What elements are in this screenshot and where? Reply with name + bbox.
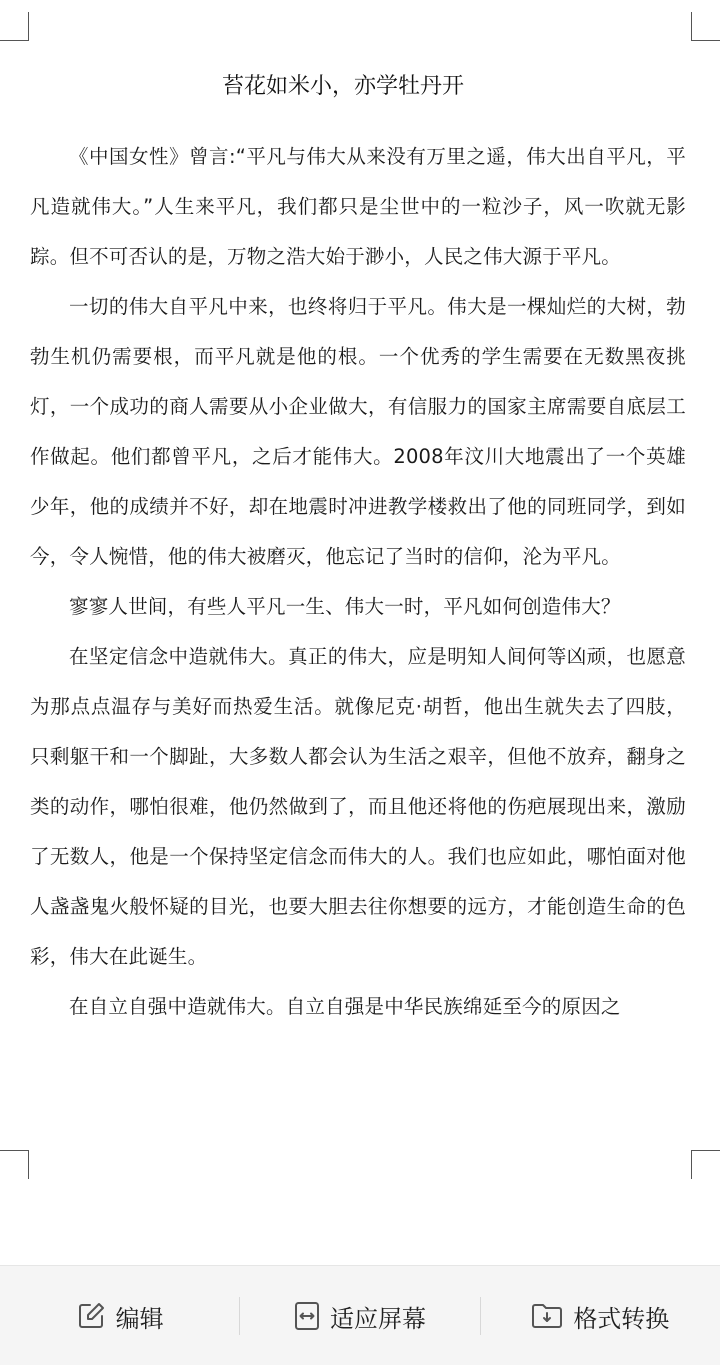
fit-screen-label: 适应屏幕 <box>330 1299 426 1334</box>
crop-mark-bottom-right <box>691 1150 720 1179</box>
document-title: 苔花如米小，亦学牡丹开 <box>0 70 686 104</box>
document-body: 《中国女性》曾言:“平凡与伟大从来没有万里之遥，伟大出自平凡，平凡造就伟大。”人… <box>30 132 686 1032</box>
crop-mark-top-left <box>0 12 29 41</box>
edit-icon <box>76 1301 106 1331</box>
crop-mark-top-right <box>691 12 720 41</box>
edit-label: 编辑 <box>116 1299 164 1334</box>
format-convert-label: 格式转换 <box>573 1299 669 1334</box>
fit-screen-icon <box>294 1301 320 1331</box>
format-convert-icon <box>531 1302 563 1330</box>
paragraph: 《中国女性》曾言:“平凡与伟大从来没有万里之遥，伟大出自平凡，平凡造就伟大。”人… <box>30 132 686 282</box>
paragraph: 寥寥人世间，有些人平凡一生、伟大一时，平凡如何创造伟大？ <box>30 582 686 632</box>
paragraph: 在自立自强中造就伟大。自立自强是中华民族绵延至今的原因之 <box>30 982 686 1032</box>
format-convert-button[interactable]: 格式转换 <box>481 1266 720 1365</box>
edit-button[interactable]: 编辑 <box>0 1266 239 1365</box>
fit-screen-button[interactable]: 适应屏幕 <box>240 1266 479 1365</box>
paragraph: 在坚定信念中造就伟大。真正的伟大，应是明知人间何等凶顽，也愿意为那点点温存与美好… <box>30 632 686 982</box>
crop-mark-bottom-left <box>0 1150 29 1179</box>
document-page[interactable]: 苔花如米小，亦学牡丹开 《中国女性》曾言:“平凡与伟大从来没有万里之遥，伟大出自… <box>0 0 720 1265</box>
paragraph: 一切的伟大自平凡中来，也终将归于平凡。伟大是一棵灿烂的大树，勃勃生机仍需要根，而… <box>30 282 686 582</box>
bottom-toolbar: 编辑 适应屏幕 格式转换 <box>0 1265 720 1365</box>
